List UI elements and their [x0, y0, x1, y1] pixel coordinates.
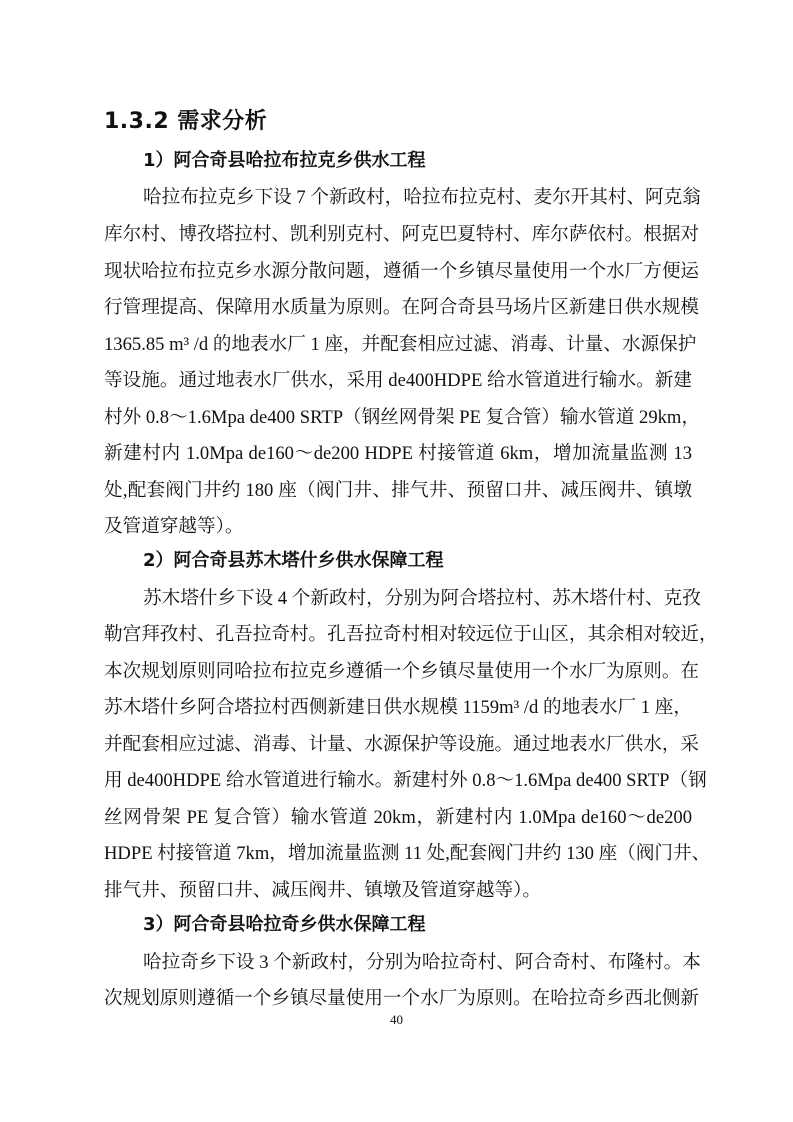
paragraph-line: 新建村内 1.0Mpa de160～de200 HDPE 村接管道 6km，增加… — [104, 439, 692, 469]
paragraph-line: 排气井、预留口井、减压阀井、镇墩及管道穿越等）。 — [104, 876, 692, 906]
paragraph-line: 本次规划原则同哈拉布拉克乡遵循一个乡镇尽量使用一个水厂为原则。在 — [104, 657, 692, 687]
paragraph-line: 丝网骨架 PE 复合管）输水管道 20km，新建村内 1.0Mpa de160～… — [104, 803, 692, 833]
paragraph-line: 村外 0.8～1.6Mpa de400 SRTP（钢丝网骨架 PE 复合管）输水… — [104, 403, 692, 433]
paragraph-line: 库尔村、博孜塔拉村、凯利别克村、阿克巴夏特村、库尔萨依村。根据对 — [104, 220, 692, 250]
page-number: 40 — [0, 1010, 793, 1030]
document-page: 1.3.2 需求分析 1）阿合奇县哈拉布拉克乡供水工程 哈拉布拉克乡下设 7 个… — [0, 0, 793, 1122]
subsection-title-1: 1）阿合奇县哈拉布拉克乡供水工程 — [143, 146, 426, 176]
paragraph-line: 哈拉布拉克乡下设 7 个新政村，哈拉布拉克村、麦尔开其村、阿克翁 — [143, 183, 692, 213]
paragraph-line: 1365.85 m³ /d 的地表水厂 1 座，并配套相应过滤、消毒、计量、水源… — [104, 330, 692, 360]
paragraph-line: 苏木塔什乡阿合塔拉村西侧新建日供水规模 1159m³ /d 的地表水厂 1 座， — [104, 693, 692, 723]
paragraph-line: 苏木塔什乡下设 4 个新政村，分别为阿合塔拉村、苏木塔什村、克孜 — [143, 584, 692, 614]
section-heading: 1.3.2 需求分析 — [104, 106, 267, 138]
subsection-title-2: 2）阿合奇县苏木塔什乡供水保障工程 — [143, 546, 444, 576]
paragraph-line: 用 de400HDPE 给水管道进行输水。新建村外 0.8～1.6Mpa de4… — [104, 766, 692, 796]
subsection-title-3: 3）阿合奇县哈拉奇乡供水保障工程 — [143, 910, 426, 940]
paragraph-line: 现状哈拉布拉克乡水源分散问题，遵循一个乡镇尽量使用一个水厂方便运 — [104, 257, 692, 287]
paragraph-line: 并配套相应过滤、消毒、计量、水源保护等设施。通过地表水厂供水，采 — [104, 730, 692, 760]
paragraph-line: 及管道穿越等）。 — [104, 512, 692, 542]
paragraph-line: 哈拉奇乡下设 3 个新政村，分别为哈拉奇村、阿合奇村、布隆村。本 — [143, 948, 692, 978]
paragraph-line: HDPE 村接管道 7km，增加流量监测 11 处,配套阀门井约 130 座（阀… — [104, 839, 692, 869]
paragraph-line: 处,配套阀门井约 180 座（阀门井、排气井、预留口井、减压阀井、镇墩 — [104, 476, 692, 506]
paragraph-line: 勒宫拜孜村、孔吾拉奇村。孔吾拉奇村相对较远位于山区，其余相对较近， — [104, 620, 692, 650]
paragraph-line: 行管理提高、保障用水质量为原则。在阿合奇县马场片区新建日供水规模 — [104, 293, 692, 323]
paragraph-line: 等设施。通过地表水厂供水，采用 de400HDPE 给水管道进行输水。新建 — [104, 366, 692, 396]
